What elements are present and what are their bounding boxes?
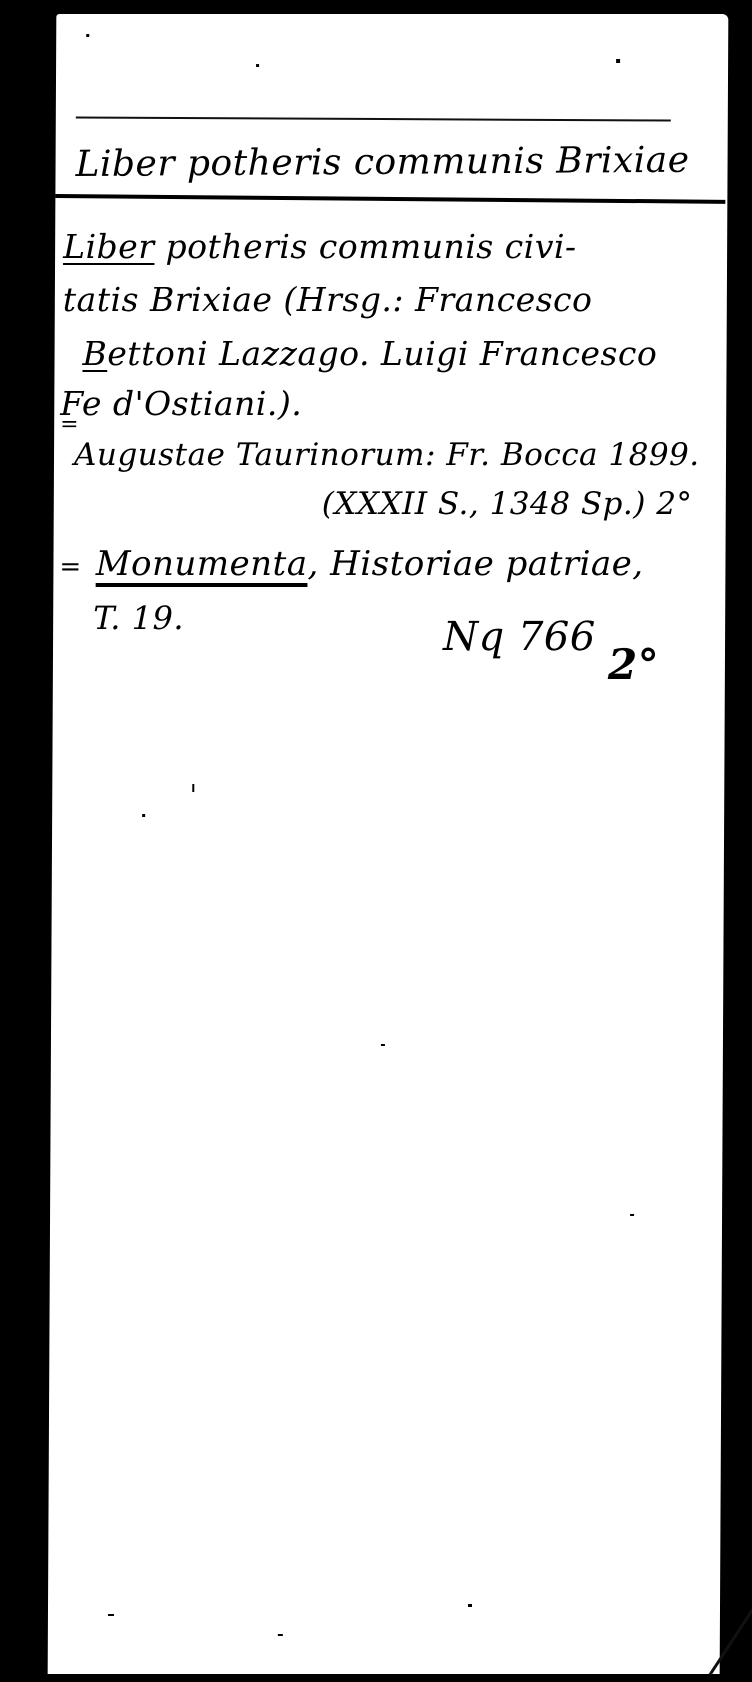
speck <box>616 59 620 63</box>
entry-main-word: Liber <box>63 227 155 266</box>
imprint-line: Augustae Taurinorum: Fr. Bocca 1899. <box>74 437 700 473</box>
call-number: Nq 766 <box>443 614 596 660</box>
heading-divider <box>55 194 725 204</box>
entry-line-1: Liber potheris communis civi- <box>63 227 577 266</box>
entry-line-3-rest: ettoni Lazzago. Luigi Francesco <box>107 334 657 373</box>
volume-line: T. 19. <box>93 599 184 637</box>
series-line: =Monumenta, Historiae patriae, <box>59 544 643 584</box>
card-heading: Liber potheris communis Brixiae <box>76 140 690 185</box>
entry-line-4: Fe d'Ostiani.). <box>60 384 302 423</box>
top-rule <box>76 116 671 121</box>
speck <box>108 1614 114 1616</box>
speck <box>381 1044 385 1046</box>
corner-stroke <box>709 1599 752 1676</box>
equals-mark: = <box>60 412 79 437</box>
collation-line: (XXXII S., 1348 Sp.) 2° <box>322 486 693 522</box>
series-equals: = <box>59 552 81 582</box>
entry-line-2: tatis Brixiae (Hrsg.: Francesco <box>63 280 593 319</box>
speck <box>630 1214 634 1216</box>
speck <box>468 1604 472 1607</box>
speck <box>142 814 145 817</box>
series-title-underlined: Monumenta <box>96 544 308 584</box>
entry-line-1-rest: potheris communis civi- <box>154 227 576 266</box>
catalog-card: Liber potheris communis Brixiae Liber po… <box>48 14 729 1674</box>
speck <box>192 784 194 792</box>
speck <box>86 34 89 37</box>
format-mark: 2° <box>608 640 659 689</box>
series-title-rest: , Historiae patriae, <box>307 544 643 584</box>
entry-line-3-initial: B <box>82 334 107 373</box>
speck <box>256 64 259 67</box>
entry-line-3: Bettoni Lazzago. Luigi Francesco <box>82 334 657 373</box>
speck <box>278 1634 283 1636</box>
